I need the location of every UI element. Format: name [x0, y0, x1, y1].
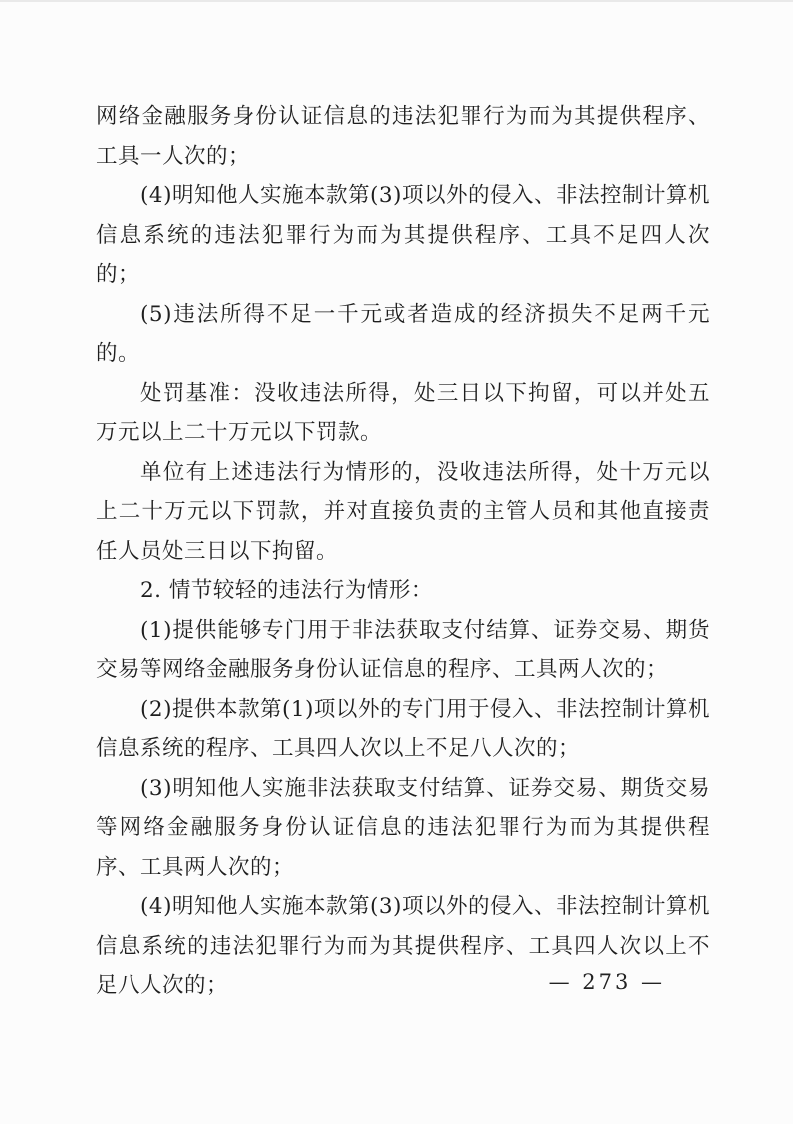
body-paragraph: 网络金融服务身份认证信息的违法犯罪行为而为其提供程序、工具一人次的； [96, 97, 710, 176]
body-paragraph: (3)明知他人实施非法获取支付结算、证券交易、期货交易等网络金融服务身份认证信息… [96, 769, 710, 888]
document-body: 网络金融服务身份认证信息的违法犯罪行为而为其提供程序、工具一人次的； (4)明知… [96, 97, 710, 1006]
body-paragraph: (1)提供能够专门用于非法获取支付结算、证券交易、期货交易等网络金融服务身份认证… [96, 611, 710, 690]
body-paragraph: (4)明知他人实施本款第(3)项以外的侵入、非法控制计算机信息系统的违法犯罪行为… [96, 176, 710, 295]
body-paragraph: (2)提供本款第(1)项以外的专门用于侵入、非法控制计算机信息系统的程序、工具四… [96, 690, 710, 769]
body-paragraph: (5)违法所得不足一千元或者造成的经济损失不足两千元的。 [96, 295, 710, 374]
body-paragraph: 处罚基准：没收违法所得，处三日以下拘留，可以并处五万元以上二十万元以下罚款。 [96, 374, 710, 453]
body-paragraph: 单位有上述违法行为情形的，没收违法所得，处十万元以上二十万元以下罚款，并对直接负… [96, 453, 710, 572]
document-page: 网络金融服务身份认证信息的违法犯罪行为而为其提供程序、工具一人次的； (4)明知… [0, 0, 793, 1124]
body-paragraph-numbered-heading: 2. 情节较轻的违法行为情形： [96, 571, 710, 611]
page-number: — 273 — [549, 970, 665, 994]
